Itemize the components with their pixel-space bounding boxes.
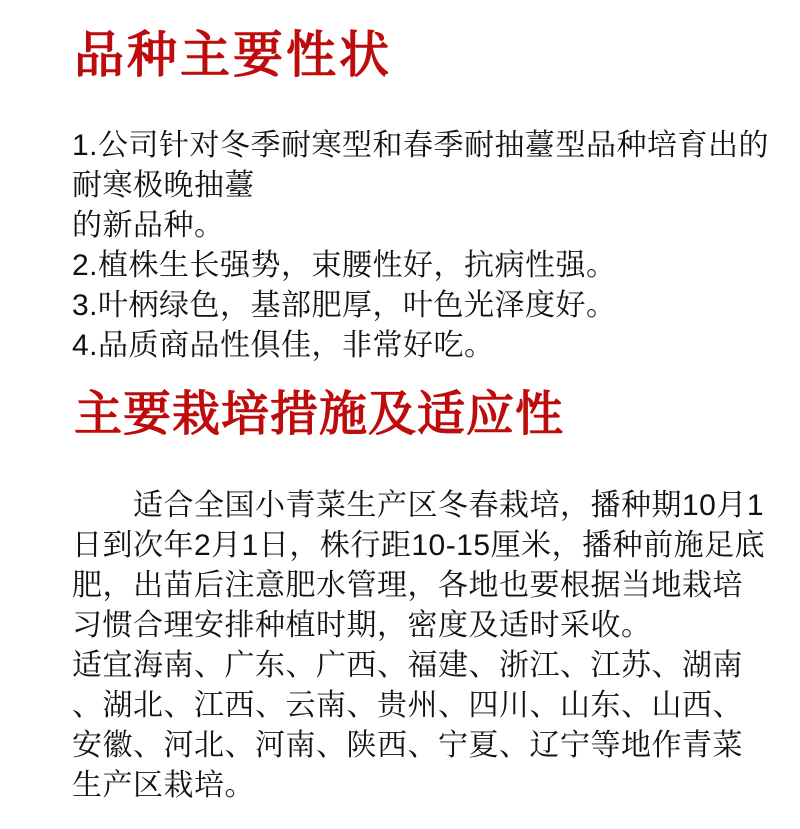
text-line: 适宜海南、广东、广西、福建、浙江、江苏、湖南: [72, 646, 730, 686]
text-line: 、湖北、江西、云南、贵州、四川、山东、山西、: [72, 686, 730, 726]
text-line: 日到次年2月1日，株行距10-15厘米，播种前施足底: [72, 526, 730, 566]
cultivation-adaptability-heading: 主要栽培措施及适应性: [74, 386, 564, 444]
text-line: 1.公司针对冬季耐寒型和春季耐抽薹型品种培育出的: [72, 126, 730, 166]
text-line: 2.植株生长强势，束腰性好，抗病性强。: [72, 246, 730, 286]
variety-traits-heading: 品种主要性状: [74, 26, 392, 84]
product-description-page: 品种主要性状 1.公司针对冬季耐寒型和春季耐抽薹型品种培育出的 耐寒极晚抽薹 的…: [0, 0, 800, 829]
text-line: 耐寒极晚抽薹: [72, 166, 730, 206]
text-line: 肥，出苗后注意肥水管理，各地也要根据当地栽培: [72, 566, 730, 606]
text-line: 生产区栽培。: [72, 766, 730, 806]
variety-traits-text: 1.公司针对冬季耐寒型和春季耐抽薹型品种培育出的 耐寒极晚抽薹 的新品种。 2.…: [72, 126, 730, 366]
text-line: 4.品质商品性俱佳，非常好吃。: [72, 326, 730, 366]
text-line: 习惯合理安排种植时期，密度及适时采收。: [72, 606, 730, 646]
text-line: 的新品种。: [72, 206, 730, 246]
text-line: 安徽、河北、河南、陕西、宁夏、辽宁等地作青菜: [72, 726, 730, 766]
cultivation-adaptability-text: 适合全国小青菜生产区冬春栽培，播种期10月1 日到次年2月1日，株行距10-15…: [72, 486, 730, 806]
text-line: 适合全国小青菜生产区冬春栽培，播种期10月1: [72, 486, 730, 526]
text-line: 3.叶柄绿色，基部肥厚，叶色光泽度好。: [72, 286, 730, 326]
